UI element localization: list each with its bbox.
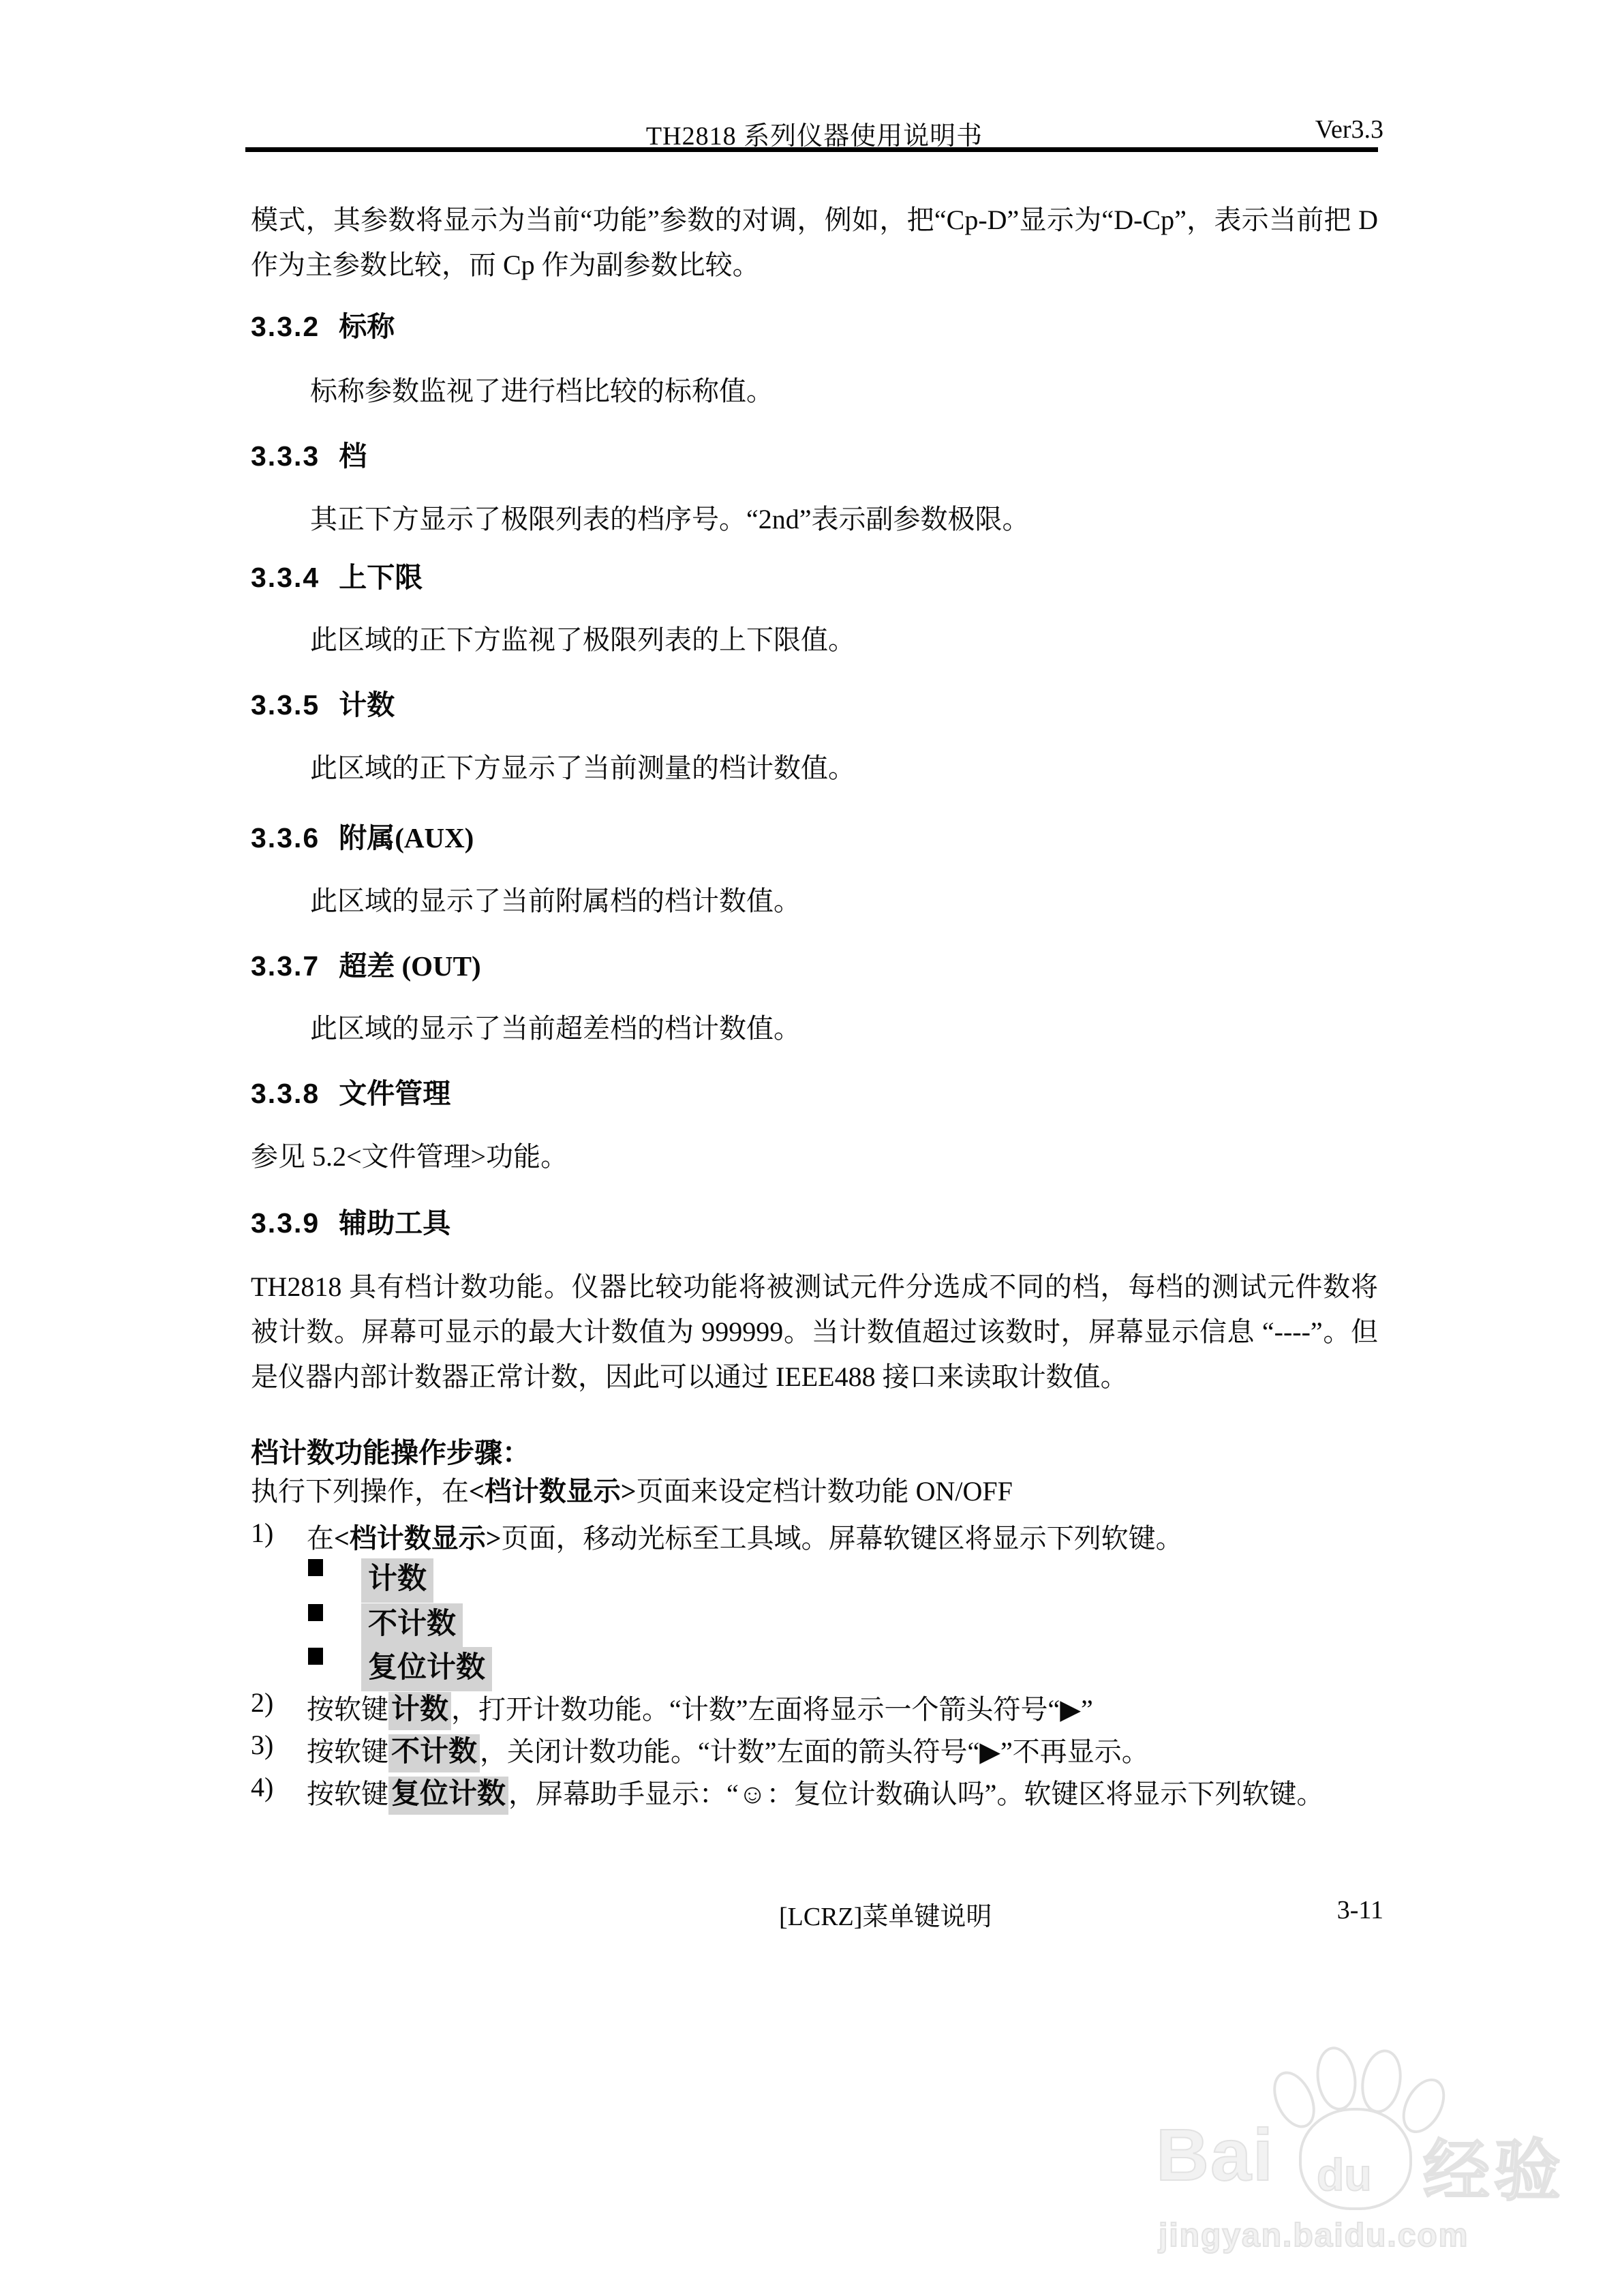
section-number: 3.3.8	[251, 1078, 320, 1109]
step-text: 在	[307, 1523, 334, 1554]
page-name-bold: <档计数显示>	[334, 1523, 502, 1554]
section-heading-335: 3.3.5计数	[251, 689, 395, 721]
intro-paragraph: 模式，其参数将显示为当前“功能”参数的对调，例如，把“Cp-D”显示为“D-Cp…	[251, 198, 1378, 288]
section-title: 标称	[339, 311, 395, 342]
softkey-label: 复位计数	[361, 1647, 492, 1691]
step-text: 页面，移动光标至工具域。屏幕软键区将显示下列软键。	[502, 1523, 1183, 1554]
step-number: 2)	[251, 1687, 273, 1719]
steps-intro-suffix: 页面来设定档计数功能 ON/OFF	[637, 1476, 1013, 1507]
steps-intro: 执行下列操作，在<档计数显示>页面来设定档计数功能 ON/OFF	[251, 1470, 1013, 1509]
watermark-brand-bai: Bai	[1156, 2112, 1274, 2197]
section-title: 超差 (OUT)	[339, 950, 480, 982]
section-body-339: TH2818 具有档计数功能。仪器比较功能将被测试元件分选成不同的档，每档的测试…	[251, 1265, 1378, 1400]
section-title: 文件管理	[339, 1078, 450, 1109]
document-title: TH2818 系列仪器使用说明书	[251, 115, 1378, 152]
step-text: ，屏幕助手显示：“☺：复位计数确认吗”。软键区将显示下列软键。	[508, 1779, 1323, 1809]
section-title: 辅助工具	[339, 1207, 450, 1239]
step-item-4: 4) 按软键复位计数，屏幕助手显示：“☺：复位计数确认吗”。软键区将显示下列软键…	[251, 1771, 1403, 1812]
header-rule	[245, 147, 1378, 152]
section-heading-334: 3.3.4上下限	[251, 561, 423, 594]
bullet-square-icon	[308, 1648, 323, 1665]
section-title: 附属(AUX)	[339, 822, 474, 854]
softkey-item: 复位计数	[308, 1644, 492, 1686]
softkey-label: 不计数	[361, 1603, 463, 1648]
section-heading-337: 3.3.7超差 (OUT)	[251, 950, 481, 982]
section-title: 上下限	[339, 562, 423, 593]
document-version: Ver3.3	[1315, 115, 1383, 145]
section-body-338: 参见 5.2<文件管理>功能。	[251, 1137, 568, 1177]
section-heading-338: 3.3.8文件管理	[251, 1077, 450, 1110]
bullet-square-icon	[308, 1604, 323, 1621]
step-item-3: 3) 按软键不计数，关闭计数功能。“计数”左面的箭头符号“▶”不再显示。	[251, 1729, 1403, 1770]
step-item-2: 2) 按软键计数，打开计数功能。“计数”左面将显示一个箭头符号“▶”	[251, 1687, 1403, 1727]
softkey-item: 不计数	[308, 1601, 463, 1642]
watermark-url: jingyan.baidu.com	[1159, 2217, 1469, 2254]
section-number: 3.3.2	[251, 311, 320, 342]
step-number: 4)	[251, 1771, 273, 1803]
section-body-336: 此区域的显示了当前附属档的档计数值。	[310, 881, 801, 921]
bullet-square-icon	[308, 1559, 323, 1576]
section-body-332: 标称参数监视了进行档比较的标称值。	[310, 372, 774, 411]
section-heading-332: 3.3.2标称	[251, 310, 395, 343]
section-title: 档	[339, 440, 367, 472]
section-number: 3.3.5	[251, 689, 320, 721]
step-number: 1)	[251, 1517, 273, 1549]
section-title: 计数	[339, 689, 395, 721]
step-text: 按软键	[307, 1694, 388, 1725]
watermark-brand-du: du	[1317, 2149, 1372, 2201]
steps-intro-prefix: 执行下列操作，在	[251, 1476, 469, 1507]
footer-section-title: [LCRZ]菜单键说明	[779, 1895, 992, 1933]
step-number: 3)	[251, 1729, 273, 1761]
step-text: 按软键	[307, 1736, 388, 1767]
softkey-label: 计数	[361, 1558, 433, 1603]
section-body-333: 其正下方显示了极限列表的档序号。“2nd”表示副参数极限。	[310, 500, 1030, 539]
footer-page-number: 3-11	[1337, 1895, 1383, 1925]
section-number: 3.3.3	[251, 440, 320, 472]
softkey-ref: 复位计数	[388, 1777, 508, 1815]
section-number: 3.3.4	[251, 562, 320, 593]
section-number: 3.3.9	[251, 1207, 320, 1239]
section-heading-333: 3.3.3档	[251, 440, 367, 472]
section-body-334: 此区域的正下方监视了极限列表的上下限值。	[310, 620, 855, 660]
section-heading-339: 3.3.9辅助工具	[251, 1207, 450, 1239]
step-text: 按软键	[307, 1779, 388, 1809]
manual-page: TH2818 系列仪器使用说明书 Ver3.3 模式，其参数将显示为当前“功能”…	[0, 0, 1622, 2296]
step-text: ，打开计数功能。“计数”左面将显示一个箭头符号“▶”	[451, 1694, 1093, 1725]
baidu-jingyan-watermark: Bai du 经验 jingyan.baidu.com	[1131, 2045, 1581, 2284]
steps-title: 档计数功能操作步骤：	[251, 1430, 530, 1470]
softkey-ref: 计数	[388, 1692, 451, 1730]
section-number: 3.3.6	[251, 822, 320, 854]
watermark-brand-cn: 经验	[1423, 2117, 1565, 2214]
step-text: ，关闭计数功能。“计数”左面的箭头符号“▶”不再显示。	[480, 1736, 1149, 1767]
softkey-ref: 不计数	[388, 1734, 480, 1772]
section-body-335: 此区域的正下方显示了当前测量的档计数值。	[310, 749, 855, 788]
section-heading-336: 3.3.6附属(AUX)	[251, 821, 474, 854]
section-body-337: 此区域的显示了当前超差档的档计数值。	[310, 1009, 801, 1048]
step-item-1: 1) 在<档计数显示>页面，移动光标至工具域。屏幕软键区将显示下列软键。	[251, 1517, 1403, 1556]
page-name-bold: <档计数显示>	[469, 1476, 637, 1507]
section-number: 3.3.7	[251, 950, 320, 982]
softkey-item: 计数	[308, 1556, 433, 1597]
